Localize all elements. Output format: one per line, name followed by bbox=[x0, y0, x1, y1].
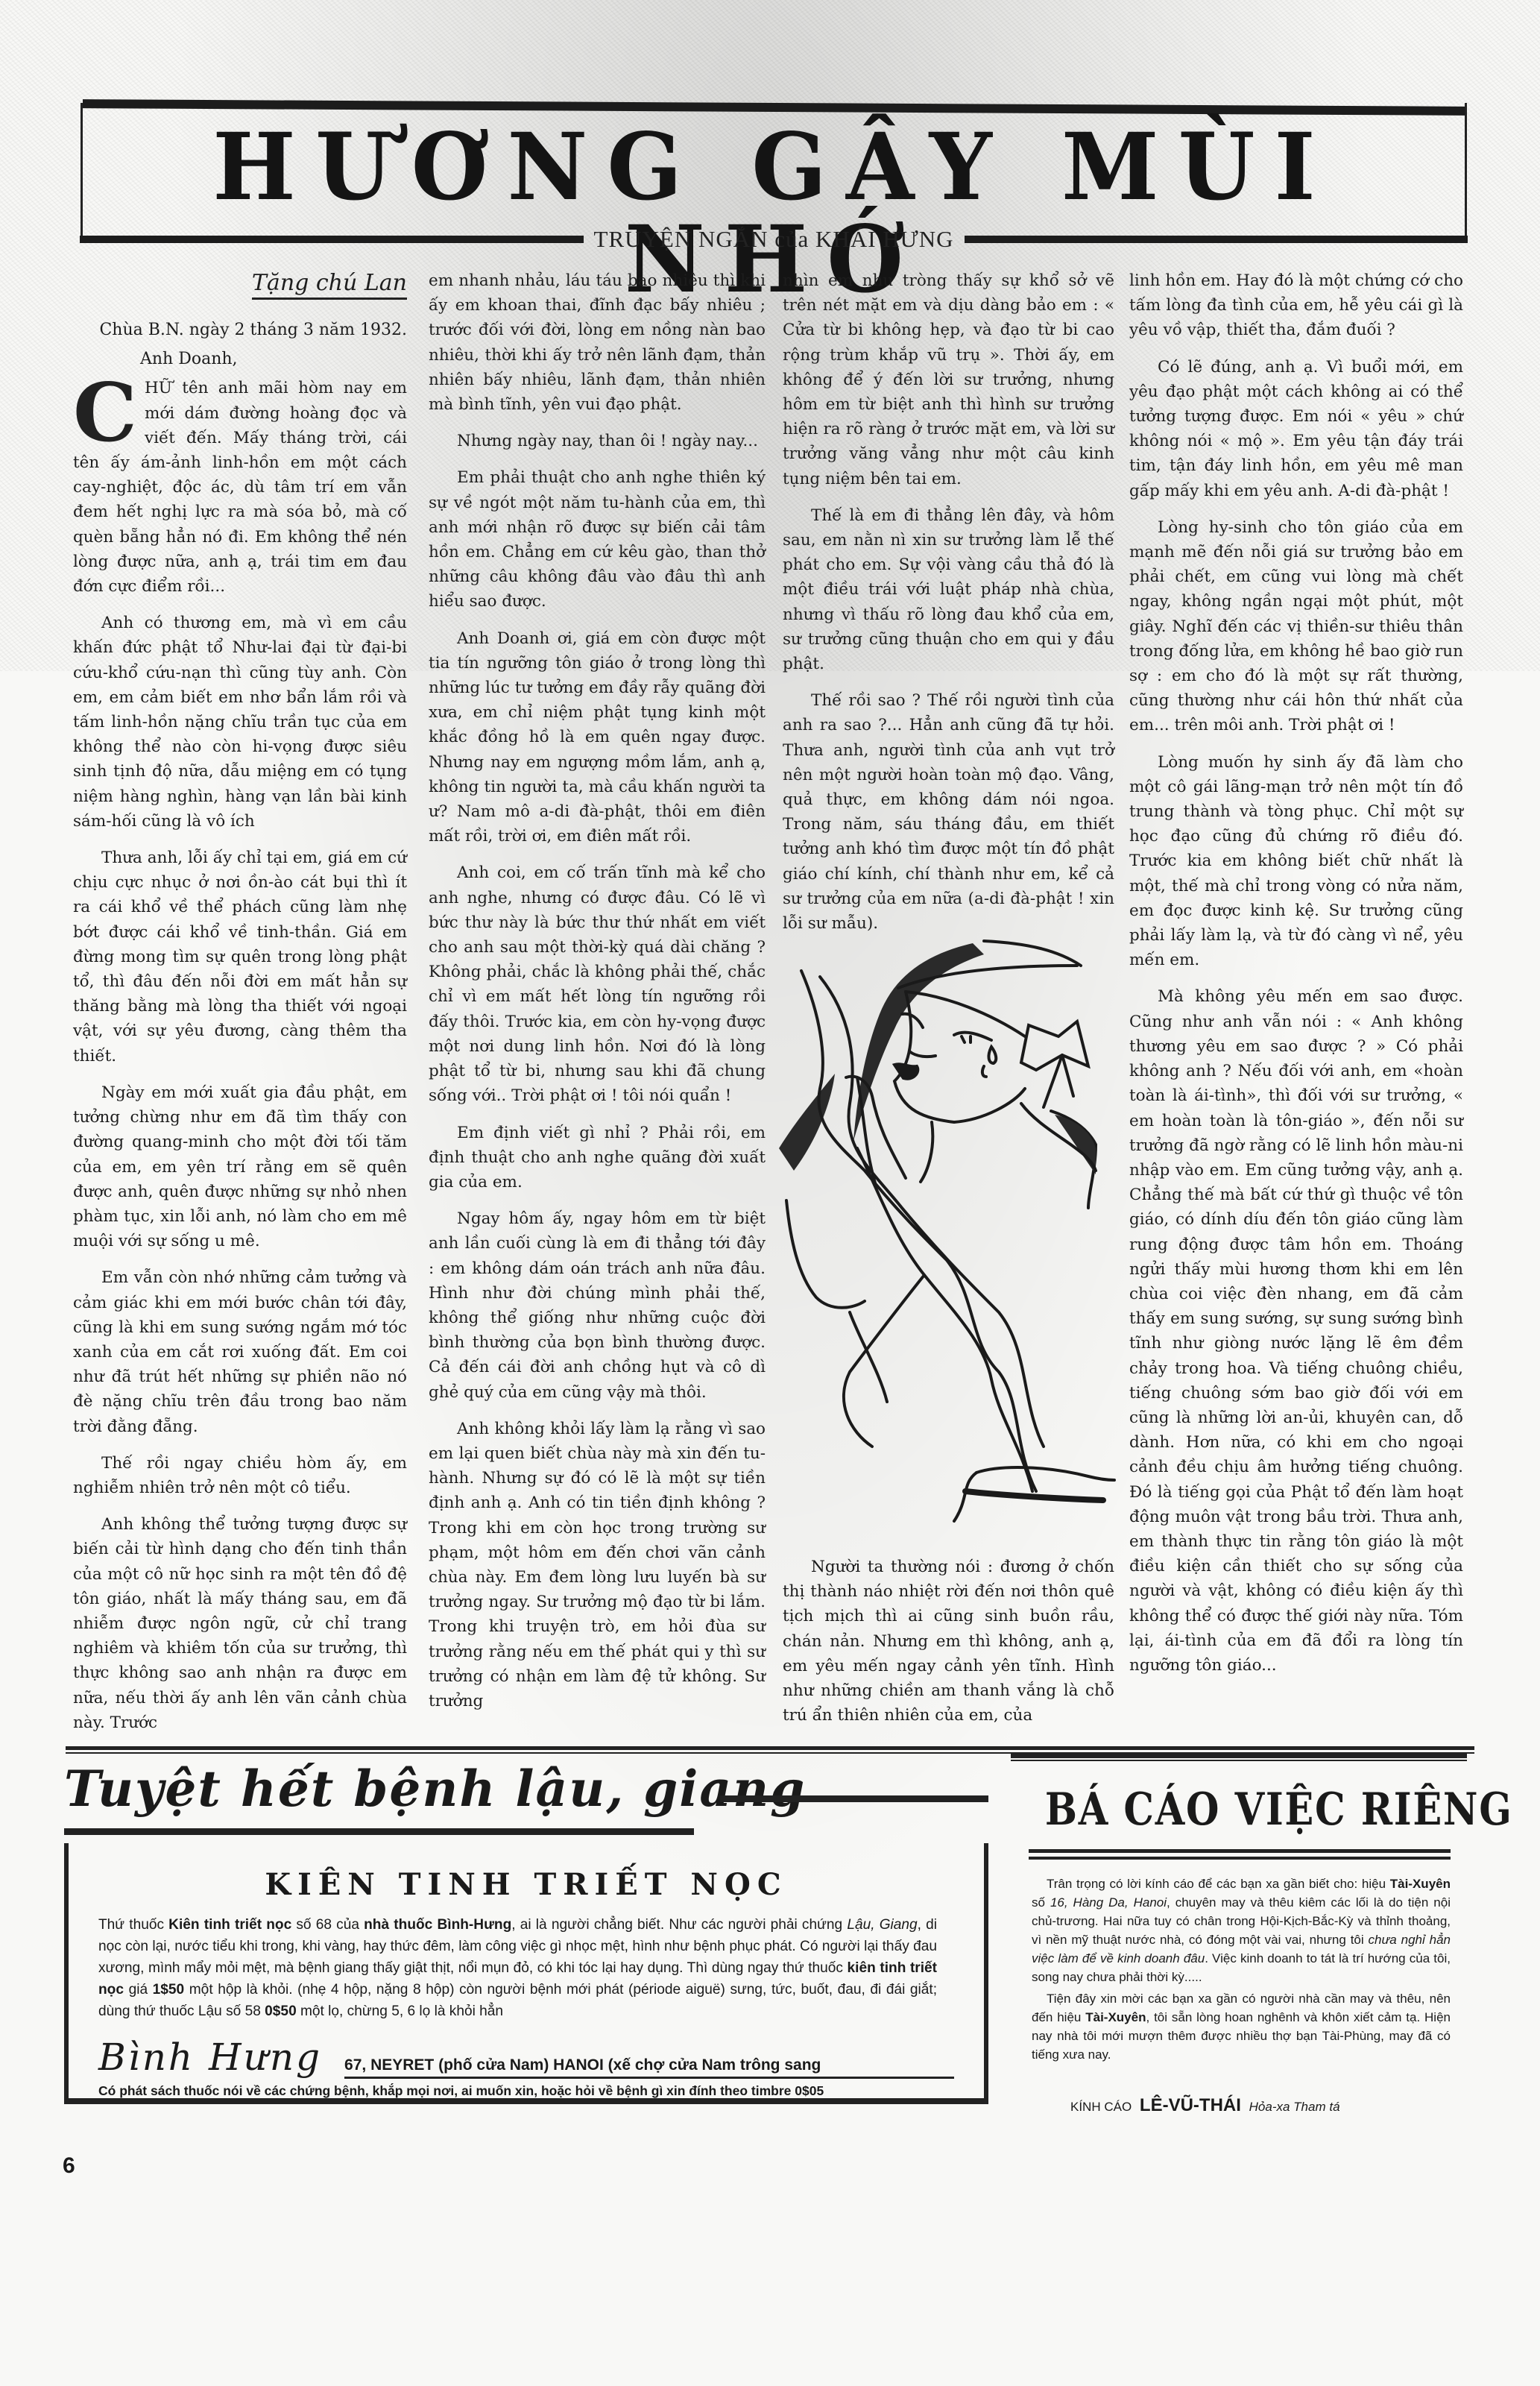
story-byline: TRUYỆN NGẮN của KHÁI HƯNG bbox=[584, 226, 965, 253]
ad2-headline: BÁ CÁO VIỆC RIÊNG bbox=[1045, 1784, 1433, 1836]
ad-price: 1$50 bbox=[153, 1981, 185, 1998]
paragraph: Thế là em đi thẳng lên đây, và hôm sau, … bbox=[783, 503, 1114, 676]
drop-cap: C bbox=[73, 380, 137, 446]
ad-text: số 68 của bbox=[291, 1916, 364, 1933]
paragraph: Anh coi, em cố trấn tĩnh mà kể cho anh n… bbox=[429, 860, 766, 1108]
byline-left-rule bbox=[80, 236, 584, 243]
paragraph: Nhưng ngày nay, than ôi ! ngày nay... bbox=[429, 429, 766, 453]
ad-text-bold: nhà thuốc Bình-Hưng bbox=[364, 1916, 511, 1933]
paragraph: Thế rồi sao ? Thế rồi người tình của anh… bbox=[783, 688, 1114, 936]
ad-text-italic: Lậu, Giang bbox=[847, 1916, 917, 1933]
ad-shop-address: 16, Hàng Da, Hanoi bbox=[1050, 1895, 1167, 1910]
paragraph: Lòng hy-sinh cho tôn giáo của em mạnh mẽ… bbox=[1129, 515, 1463, 738]
ad2-body: Trân trọng có lời kính cáo để các bạn xa… bbox=[1032, 1875, 1451, 2067]
ad-headline-rule bbox=[64, 1828, 694, 1835]
paragraph: Có lẽ đúng, anh ạ. Vì buổi mới, em yêu đ… bbox=[1129, 355, 1463, 503]
paragraph: em nhanh nhảu, láu táu bao nhiêu thì khi… bbox=[429, 268, 766, 417]
byline-row: TRUYỆN NGẮN của KHÁI HƯNG bbox=[80, 226, 1468, 253]
article-column-3: nhìn em như tròng thấy sự khổ sở vẽ trên… bbox=[783, 268, 1114, 948]
ads-divider-rule bbox=[66, 1746, 1474, 1754]
paragraph: Thế rồi ngay chiều hòm ấy, em nghiễm nhi… bbox=[73, 1451, 407, 1500]
illustration-weeping-nun-icon bbox=[775, 925, 1118, 1543]
article-column-3-continued: Người ta thường nói : đương ở chốn thị t… bbox=[783, 1555, 1114, 1728]
ad-address: 67, NEYRET (phố cửa Nam) HANOI (xế chợ c… bbox=[344, 2056, 954, 2079]
signature-label: KÍNH CÁO bbox=[1070, 2100, 1132, 2114]
paragraph: Tiện đây xin mời các bạn xa gần có người… bbox=[1032, 1989, 1451, 2064]
paragraph: nhìn em như tròng thấy sự khổ sở vẽ trên… bbox=[783, 268, 1114, 491]
ad2-headline-rule bbox=[1029, 1849, 1451, 1860]
paragraph: Trân trọng có lời kính cáo để các bạn xa… bbox=[1032, 1875, 1451, 1986]
paragraph: Thưa anh, lỗi ấy chỉ tại em, giá em cứ c… bbox=[73, 846, 407, 1068]
ad-headline: Tuyệt hết bệnh lậu, giang bbox=[64, 1760, 806, 1818]
byline-right-rule bbox=[965, 236, 1468, 243]
article-column-2: em nhanh nhảu, láu táu bao nhiêu thì khi… bbox=[429, 268, 766, 1725]
dedication-text: Tặng chú Lan bbox=[252, 270, 407, 300]
ad-side-rule bbox=[720, 1795, 988, 1802]
paragraph: Anh không khỏi lấy làm lạ rằng vì sao em… bbox=[429, 1417, 766, 1713]
ad-text: Thứ thuốc bbox=[98, 1916, 168, 1933]
paragraph: Người ta thường nói : đương ở chốn thị t… bbox=[783, 1555, 1114, 1728]
paragraph: Lòng muốn hy sinh ấy đã làm cho một cô g… bbox=[1129, 750, 1463, 973]
paragraph: Ngày em mới xuất gia đầu phật, em tưởng … bbox=[73, 1080, 407, 1253]
paragraph: Mà không yêu mến em sao được. Cũng như a… bbox=[1129, 984, 1463, 1678]
article-column-4: linh hồn em. Hay đó là một chứng cớ cho … bbox=[1129, 268, 1463, 1690]
ad2-signature: KÍNH CÁO LÊ-VŨ-THÁI Hỏa-xa Tham tá bbox=[1070, 2095, 1451, 2116]
ad-shop-name: Tài-Xuyên bbox=[1390, 1877, 1451, 1891]
ad-text: Trân trọng có lời kính cáo để các bạn xa… bbox=[1047, 1877, 1390, 1891]
ad2-top-rule bbox=[1011, 1754, 1467, 1761]
paragraph: linh hồn em. Hay đó là một chứng cớ cho … bbox=[1129, 268, 1463, 343]
ad-brand: Bình Hưng bbox=[98, 2036, 322, 2079]
page-number: 6 bbox=[63, 2153, 75, 2179]
ad-text: một lọ, chừng 5, 6 lọ là khỏi hẳn bbox=[297, 2003, 503, 2019]
ad-brand-row: Bình Hưng 67, NEYRET (phố cửa Nam) HANOI… bbox=[98, 2036, 954, 2079]
ad-price: 0$50 bbox=[265, 2003, 297, 2019]
signature-name: LÊ-VŨ-THÁI bbox=[1140, 2095, 1241, 2115]
ad-text: giá bbox=[124, 1981, 153, 1998]
advertisement-bao-cao: BÁ CÁO VIỆC RIÊNG Trân trọng có lời kính… bbox=[1011, 1754, 1467, 2141]
dedication: Tặng chú Lan bbox=[73, 268, 407, 298]
paragraph: Em vẫn còn nhớ những cảm tưởng và cảm gi… bbox=[73, 1265, 407, 1438]
ad-footer-note: Có phát sách thuốc nói về các chứng bệnh… bbox=[98, 2083, 954, 2099]
paragraph: Anh Doanh ơi, giá em còn được một tia tí… bbox=[429, 626, 766, 849]
signature-title: Hỏa-xa Tham tá bbox=[1249, 2100, 1340, 2114]
ad-text: một hộp là khỏi. (nhẹ 4 hộp, nặng 8 hộp)… bbox=[98, 1981, 937, 2019]
ad-body: Thứ thuốc Kiên tinh triết nọc số 68 của … bbox=[98, 1914, 937, 2022]
paragraph: CHỮ tên anh mãi hòm nay em mới dám đường… bbox=[73, 376, 407, 599]
ad-shop-name: Tài-Xuyên bbox=[1085, 2010, 1146, 2024]
ad-product-name: KIÊN TINH TRIẾT NỌC bbox=[69, 1867, 984, 1902]
ad-text: số bbox=[1032, 1895, 1050, 1910]
article-column-1: Tặng chú Lan Chùa B.N. ngày 2 tháng 3 nă… bbox=[73, 268, 407, 1747]
advertisement-binh-hung: Tuyệt hết bệnh lậu, giang KIÊN TINH TRIẾ… bbox=[64, 1760, 988, 2185]
paragraph: Em phải thuật cho anh nghe thiên ký sự v… bbox=[429, 465, 766, 614]
ad-text: , ai là người chẳng biết. Như các người … bbox=[511, 1916, 847, 1933]
paragraph: Em định viết gì nhỉ ? Phải rồi, em định … bbox=[429, 1121, 766, 1195]
ad-text-bold: Kiên tinh triết nọc bbox=[168, 1916, 291, 1933]
paragraph: Ngay hôm ấy, ngay hôm em từ biệt anh lần… bbox=[429, 1206, 766, 1405]
letter-dateline: Chùa B.N. ngày 2 tháng 3 năm 1932. bbox=[73, 318, 407, 342]
story-masthead: HƯƠNG GÂY MÙI NHỚ TRUYỆN NGẮN của KHÁI H… bbox=[81, 103, 1467, 241]
ad-box: KIÊN TINH TRIẾT NỌC Thứ thuốc Kiên tinh … bbox=[64, 1843, 988, 2104]
paragraph: Anh có thương em, mà vì em cầu khấn đức … bbox=[73, 611, 407, 834]
paragraph: Anh không thể tưởng tượng được sự biến c… bbox=[73, 1512, 407, 1735]
